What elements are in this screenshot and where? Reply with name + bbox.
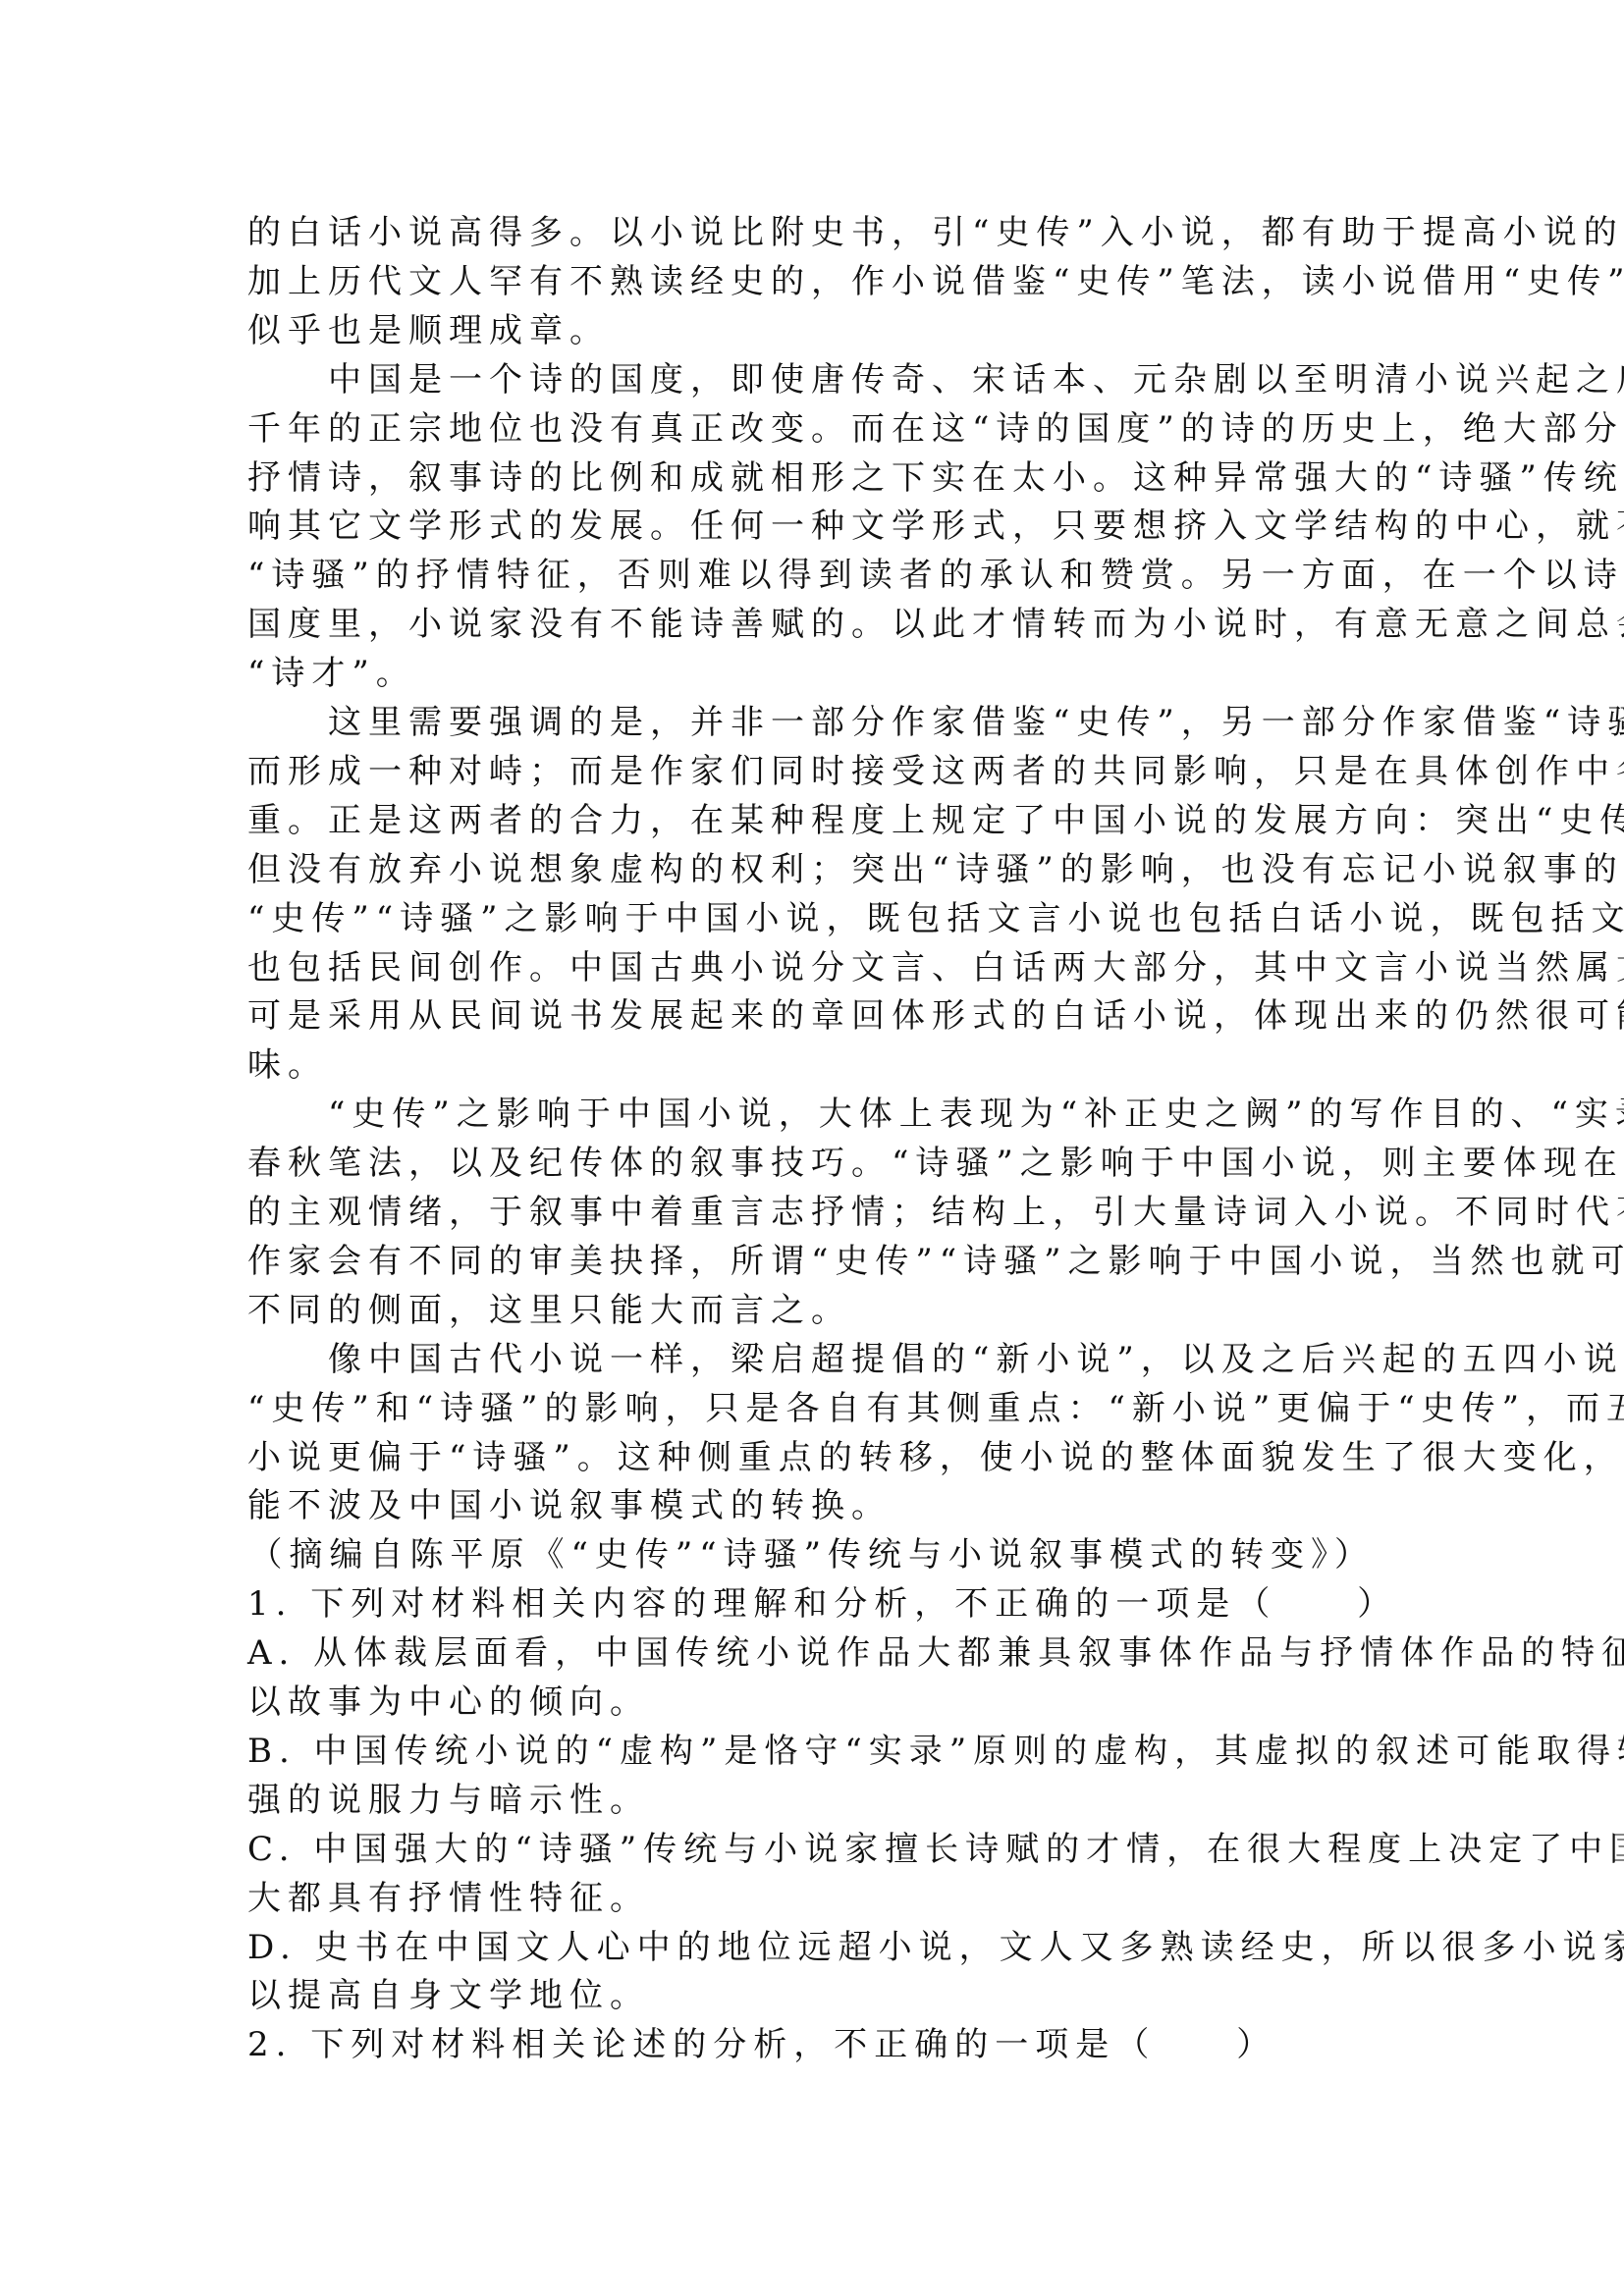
body-text-line: 似乎也是顺理成章。: [247, 306, 1386, 355]
body-text-line: 的白话小说高得多。以小说比附史书，引“史传”入小说，都有助于提高小说的地位。再: [247, 208, 1386, 257]
body-text-line: 强的说服力与暗示性。: [247, 1776, 1386, 1825]
body-text-line: 味。: [247, 1041, 1386, 1090]
body-text-line: 而形成一种对峙；而是作家们同时接受这两者的共同影响，只是在具体创作中各自有所侧: [247, 747, 1386, 796]
answer-option: A. 从体裁层面看，中国传统小说作品大都兼具叙事体作品与抒情体作品的特征，并呈现…: [247, 1629, 1386, 1678]
body-text-line: 小说更偏于“诗骚”。这种侧重点的转移，使小说的整体面貌发生了很大变化，当然也不: [247, 1433, 1386, 1482]
body-text-line: “诗骚”的抒情特征，否则难以得到读者的承认和赞赏。另一方面，在一个以诗文取士的: [247, 551, 1386, 600]
body-text-line: 响其它文学形式的发展。任何一种文学形式，只要想挤入文学结构的中心，就不能不借鉴: [247, 502, 1386, 551]
citation-line: （摘编自陈平原《“史传”“诗骚”传统与小说叙事模式的转变》）: [247, 1530, 1375, 1579]
body-text-line: 能不波及中国小说叙事模式的转换。: [247, 1481, 1386, 1530]
body-text-line: “史传”“诗骚”之影响于中国小说，既包括文言小说也包括白话小说，既包括文人创作: [247, 894, 1386, 943]
body-text-line: 不同的侧面，这里只能大而言之。: [247, 1286, 1386, 1335]
paragraph-first-line: 这里需要强调的是，并非一部分作家借鉴“史传”，另一部分作家借鉴“诗骚”，因: [247, 698, 1467, 747]
body-text-line: 加上历代文人罕有不熟读经史的，作小说借鉴“史传”笔法，读小说借用“史传”眼光，: [247, 257, 1386, 306]
answer-option: D. 史书在中国文人心中的地位远超小说，文人又多熟读经史，所以很多小说家模仿其笔…: [247, 1923, 1386, 1972]
body-text-line: “诗才”。: [247, 649, 1386, 698]
body-text-line: 以提高自身文学地位。: [247, 1971, 1386, 2020]
body-text-line: 作家会有不同的审美抉择，所谓“史传”“诗骚”之影响于中国小说，当然也就可能呈现: [247, 1237, 1386, 1286]
question-stem: 2. 下列对材料相关论述的分析，不正确的一项是（ ）: [247, 2020, 1386, 2069]
body-text-line: 千年的正宗地位也没有真正改变。而在这“诗的国度”的诗的历史上，绝大部分名篇都是: [247, 404, 1386, 454]
body-text-line: 重。正是这两者的合力，在某种程度上规定了中国小说的发展方向：突出“史传”的影响，: [247, 796, 1386, 845]
body-text-line: 抒情诗，叙事诗的比例和成就相形之下实在太小。这种异常强大的“诗骚”传统不能不影: [247, 454, 1386, 503]
body-text-line: 但没有放弃小说想象虚构的权利；突出“诗骚”的影响，也没有忘记小说叙事的基本职能。: [247, 845, 1386, 894]
body-text-line: 也包括民间创作。中国古典小说分文言、白话两大部分，其中文言小说当然属文人文学，: [247, 943, 1386, 992]
answer-option: C. 中国强大的“诗骚”传统与小说家擅长诗赋的才情，在很大程度上决定了中国传统小…: [247, 1825, 1386, 1874]
body-text-line: 春秋笔法，以及纪传体的叙事技巧。“诗骚”之影响于中国小说，则主要体现在突出作家: [247, 1139, 1386, 1188]
answer-option: B. 中国传统小说的“虚构”是恪守“实录”原则的虚构，其虚拟的叙述可能取得较史籍…: [247, 1727, 1386, 1776]
body-text-line: 国度里，小说家没有不能诗善赋的。以此才情转而为小说时，有意无意之间总会显露其: [247, 600, 1386, 649]
body-text-line: 的主观情绪，于叙事中着重言志抒情；结构上，引大量诗词入小说。不同时代不同修养的: [247, 1188, 1386, 1237]
paragraph-first-line: “史传”之影响于中国小说，大体上表现为“补正史之阙”的写作目的、“实录”的: [247, 1090, 1467, 1139]
paragraph-first-line: 像中国古代小说一样，梁启超提倡的“新小说”，以及之后兴起的五四小说，也深受: [247, 1335, 1467, 1384]
paragraph-first-line: 中国是一个诗的国度，即使唐传奇、宋话本、元杂剧以至明清小说兴起之后，诗歌二: [247, 355, 1467, 404]
body-text-line: 以故事为中心的倾向。: [247, 1678, 1386, 1727]
body-text-line: “史传”和“诗骚”的影响，只是各自有其侧重点：“新小说”更偏于“史传”，而五四: [247, 1384, 1386, 1433]
document-page: 的白话小说高得多。以小说比附史书，引“史传”入小说，都有助于提高小说的地位。再加…: [0, 0, 1624, 2296]
question-stem: 1. 下列对材料相关内容的理解和分析，不正确的一项是（ ）: [247, 1579, 1386, 1629]
body-text-line: 可是采用从民间说书发展起来的章回体形式的白话小说，体现出来的仍然很可能是文人趣: [247, 991, 1386, 1041]
body-text-line: 大都具有抒情性特征。: [247, 1874, 1386, 1923]
